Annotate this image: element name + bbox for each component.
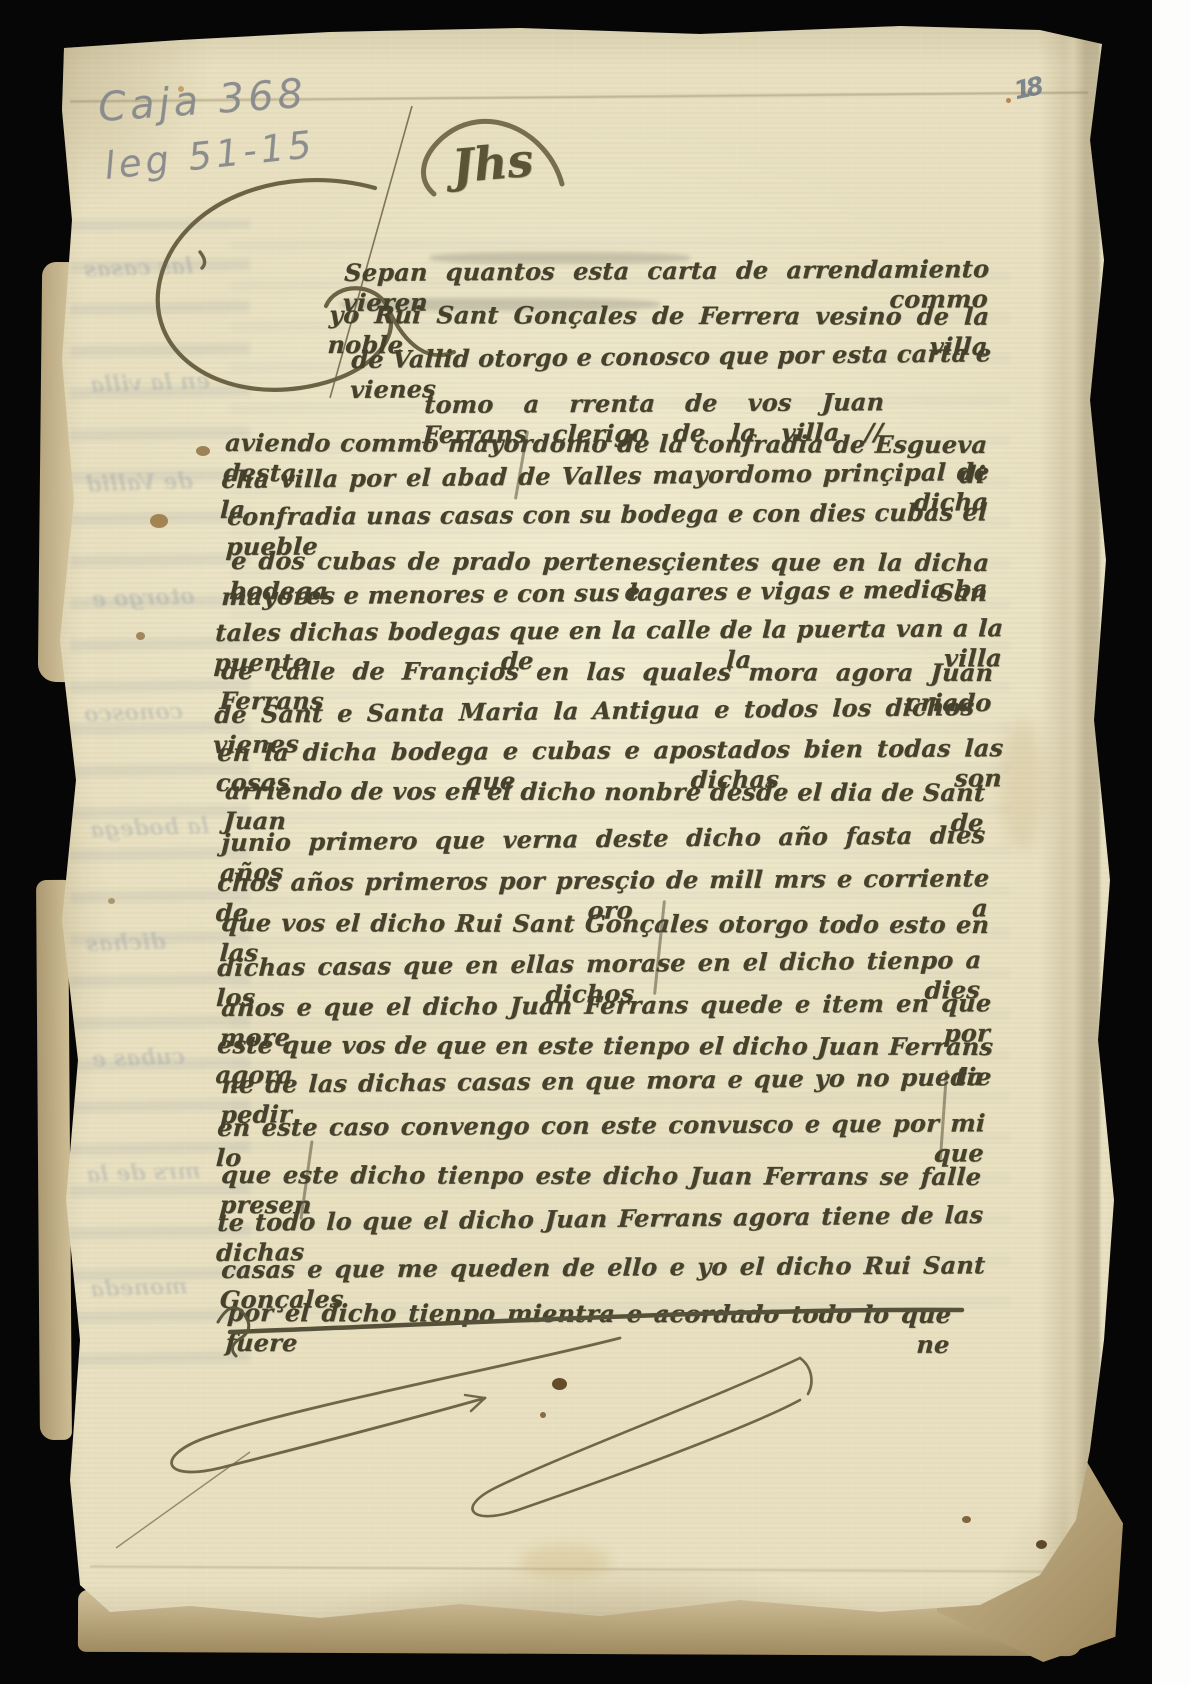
- stain: [108, 898, 115, 904]
- bleedthrough-text: cubas e: [92, 1043, 186, 1072]
- bleedthrough-text: otorgo e: [92, 583, 196, 613]
- scanner-edge-strip: [1152, 0, 1190, 1684]
- stain: [1000, 720, 1044, 850]
- stain: [1036, 1540, 1047, 1549]
- folio-number: 18: [1011, 72, 1041, 106]
- stain: [196, 446, 210, 456]
- bleedthrough-text: de Vallid: [86, 468, 194, 498]
- bleedthrough-text: dichas: [86, 929, 167, 958]
- manuscript-page: las casas en la villa de Vallid otorgo e…: [0, 0, 1190, 1684]
- bleedthrough-text: mrs de la: [86, 1158, 201, 1188]
- under-folio-edge-left-lower: [36, 880, 72, 1440]
- ihs-monogram: Jhs: [450, 133, 536, 194]
- stain: [150, 514, 168, 528]
- bleedthrough-text: conosco: [84, 698, 184, 727]
- stain: [1006, 98, 1011, 103]
- notarial-flourish: [100, 1280, 1000, 1590]
- bleedthrough-text: la bodega: [90, 813, 210, 843]
- scan-stage: las casas en la villa de Vallid otorgo e…: [0, 0, 1190, 1684]
- stain: [136, 632, 145, 640]
- right-edge-fold-shadow: [1040, 30, 1100, 1575]
